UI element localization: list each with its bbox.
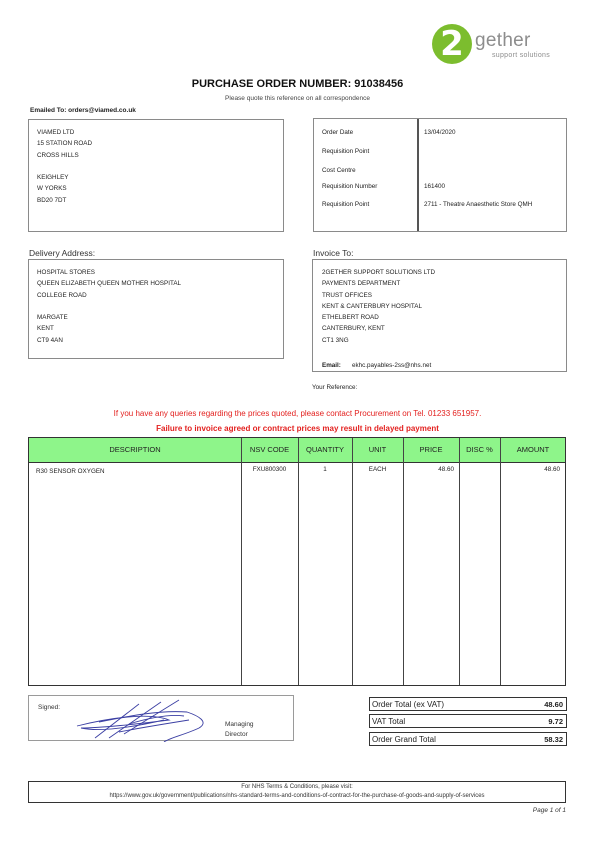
address-line: COLLEGE ROAD — [37, 293, 181, 304]
items-table: DESCRIPTION NSV CODE QUANTITY UNIT PRICE… — [28, 437, 566, 686]
invoice-address-box: 2GETHER SUPPORT SOLUTIONS LTD PAYMENTS D… — [312, 259, 567, 372]
terms-footer: For NHS Terms & Conditions, please visit… — [28, 781, 566, 803]
col-header-disc: DISC % — [459, 438, 500, 462]
delivery-address-box: HOSPITAL STORES QUEEN ELIZABETH QUEEN MO… — [28, 259, 284, 359]
terms-link[interactable]: https://www.gov.uk/government/publicatio… — [29, 792, 565, 801]
signature-box: Signed: Managing Director — [28, 695, 294, 741]
requisition-number-label: Requisition Number — [322, 184, 377, 190]
failure-notice: Failure to invoice agreed or contract pr… — [0, 424, 595, 433]
item-description: R30 SENSOR OXYGEN — [36, 468, 105, 475]
order-date-value: 13/04/2020 — [424, 130, 456, 136]
page-title: PURCHASE ORDER NUMBER: 91038456 — [0, 78, 595, 90]
address-line: CT9 4AN — [37, 338, 181, 349]
address-line: CROSS HILLS — [37, 153, 92, 164]
emailed-to: Emailed To: orders@viamed.co.uk — [30, 107, 136, 114]
address-line: PAYMENTS DEPARTMENT — [322, 281, 435, 292]
address-line: QUEEN ELIZABETH QUEEN MOTHER HOSPITAL — [37, 281, 181, 292]
invoice-email-label: Email: — [322, 363, 341, 369]
cost-centre-label: Cost Centre — [322, 168, 356, 174]
col-header-amount: AMOUNT — [500, 438, 566, 462]
logo-mark: 2 — [432, 24, 472, 64]
column-divider — [459, 438, 460, 685]
order-total-label: Order Total (ex VAT) — [372, 700, 444, 709]
address-line: BD20 7DT — [37, 198, 92, 209]
column-divider — [352, 438, 353, 685]
order-info-divider — [417, 119, 419, 231]
supplier-address: VIAMED LTD 15 STATION ROAD CROSS HILLS K… — [37, 130, 92, 209]
signatory-role-line1: Managing — [225, 721, 254, 728]
requisition-point-value: 2711 - Theatre Anaesthetic Store QMH — [424, 202, 532, 208]
item-amount: 48.60 — [500, 466, 560, 473]
column-divider — [500, 438, 501, 685]
logo-tagline: support solutions — [492, 52, 550, 59]
column-divider — [298, 438, 299, 685]
col-header-price: PRICE — [403, 438, 459, 462]
logo-wordmark: gether — [475, 30, 531, 52]
signatory-role-line2: Director — [225, 731, 248, 738]
signed-label: Signed: — [38, 704, 60, 711]
address-line: CT1 3NG — [322, 338, 435, 349]
queries-notice: If you have any queries regarding the pr… — [0, 409, 595, 418]
col-header-unit: UNIT — [352, 438, 403, 462]
requisition-number-value: 161400 — [424, 184, 445, 190]
order-date-label: Order Date — [322, 130, 353, 136]
address-line: 15 STATION ROAD — [37, 141, 92, 152]
grand-total-row: Order Grand Total 58.32 — [369, 732, 567, 746]
your-reference-label: Your Reference: — [312, 385, 357, 391]
col-header-quantity: QUANTITY — [298, 438, 352, 462]
grand-total-label: Order Grand Total — [372, 735, 436, 744]
item-nsv-code: FXU800300 — [241, 466, 298, 473]
invoice-address: 2GETHER SUPPORT SOLUTIONS LTD PAYMENTS D… — [322, 270, 435, 349]
invoice-label: Invoice To: — [313, 248, 353, 258]
vat-total-row: VAT Total 9.72 — [369, 714, 567, 728]
delivery-label: Delivery Address: — [29, 248, 95, 258]
signature-icon — [69, 698, 219, 742]
address-line: MARGATE — [37, 315, 181, 326]
item-quantity: 1 — [298, 466, 352, 473]
vat-total-label: VAT Total — [372, 717, 405, 726]
page-number: Page 1 of 1 — [533, 807, 566, 814]
col-header-nsv-code: NSV CODE — [241, 438, 298, 462]
supplier-address-box: VIAMED LTD 15 STATION ROAD CROSS HILLS K… — [28, 119, 284, 232]
requisition-point-label: Requisition Point — [322, 149, 369, 155]
item-price: 48.60 — [403, 466, 454, 473]
grand-total-value: 58.32 — [544, 735, 563, 744]
item-unit: EACH — [352, 466, 403, 473]
terms-intro: For NHS Terms & Conditions, please visit… — [29, 783, 565, 792]
invoice-email[interactable]: ekhc.payables-2ss@nhs.net — [352, 363, 431, 369]
column-divider — [241, 438, 242, 685]
delivery-address: HOSPITAL STORES QUEEN ELIZABETH QUEEN MO… — [37, 270, 181, 349]
order-total-value: 48.60 — [544, 700, 563, 709]
requisition-point-label-2: Requisition Point — [322, 202, 369, 208]
vat-total-value: 9.72 — [548, 717, 563, 726]
page-subtitle: Please quote this reference on all corre… — [0, 95, 595, 102]
order-total-row: Order Total (ex VAT) 48.60 — [369, 697, 567, 711]
col-header-description: DESCRIPTION — [29, 438, 241, 462]
order-info-box: Order Date 13/04/2020 Requisition Point … — [313, 118, 567, 232]
column-divider — [403, 438, 404, 685]
